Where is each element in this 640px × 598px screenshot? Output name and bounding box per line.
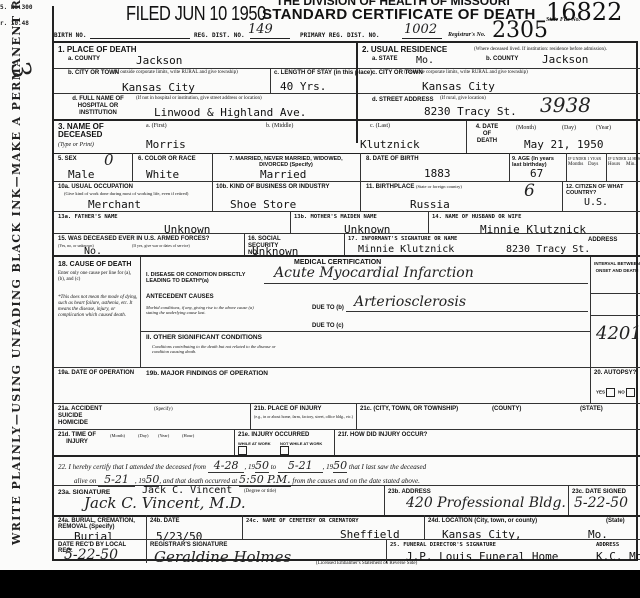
age-value: 67 <box>530 167 543 180</box>
left-margin: 5. No.300 r. 10.48 3 WRITE PLAINLY—USING… <box>0 0 46 570</box>
autopsy-no-option[interactable]: NO <box>618 388 635 397</box>
vertical-instruction-text: WRITE PLAINLY—USING UNFADING BLACK INK—M… <box>10 0 23 545</box>
under-24-hrs-label: IF UNDER 24 HRS. <box>608 156 640 161</box>
citizen-value: U.S. <box>584 197 608 208</box>
reg-dist-label: REG. DIST. NO. <box>194 32 245 39</box>
father-label: 13a. FATHER'S NAME <box>58 214 118 220</box>
dod-day-label: (Day) <box>562 125 576 131</box>
cert-text-3: , and that death occurred at <box>159 477 237 485</box>
mother-label: 13b. MOTHER'S MAIDEN NAME <box>294 214 377 220</box>
registrar-signature: Geraldine Holmes <box>154 548 291 566</box>
res-state-value: Mo. <box>416 55 434 66</box>
injury-at-work-checkbox[interactable] <box>238 446 247 455</box>
informant-label: 17. INFORMANT'S SIGNATURE OR NAME <box>348 236 457 242</box>
injury-year-label: (Year) <box>158 433 169 438</box>
operation-findings-label: 19b. MAJOR FINDINGS OF OPERATION <box>146 370 268 377</box>
year-prefix-2: , 19 <box>323 463 334 471</box>
disease-label: I. DISEASE OR CONDITION DIRECTLY LEADING… <box>146 272 266 284</box>
certification-line-1: 22. I hereby certify that I attended the… <box>58 459 426 472</box>
cemetery-label: 24c. NAME OF CEMETERY OR CREMATORY <box>246 518 359 524</box>
informant-address-value: 8230 Tracy St. <box>506 244 590 255</box>
marital-label: 7. MARRIED, NEVER MARRIED, WIDOWED, DIVO… <box>216 156 356 168</box>
injury-at-work-option[interactable]: WHILE AT WORK <box>238 441 278 455</box>
min-label: Min. <box>626 162 636 167</box>
marital-value: Married <box>260 168 306 181</box>
injury-month-label: (Month) <box>110 433 125 438</box>
burial-label: 24a. BURIAL, CREMATION, REMOVAL (Specify… <box>58 518 138 530</box>
cause-footnote: *This does not mean the mode of dying, s… <box>58 295 138 319</box>
physician-address-value: 420 Professional Bldg. <box>406 495 566 511</box>
days-label: Days <box>588 162 598 167</box>
funeral-director-label: 25. FUNERAL DIRECTOR'S SIGNATURE <box>390 542 496 548</box>
injury-occurred-label: 21e. INJURY OCCURRED <box>238 432 309 439</box>
injury-place-note: (e.g., in or about home, farm, factory, … <box>254 414 354 419</box>
injury-how-label: 21f. HOW DID INJURY OCCUR? <box>338 432 427 439</box>
occupation-note: (Give kind of work done during most of w… <box>64 191 214 196</box>
antecedent-label: ANTECEDENT CAUSES <box>146 294 214 301</box>
injury-county-label: (COUNTY) <box>492 406 521 413</box>
funeral-address-value: K.C. Mo. <box>596 550 640 563</box>
autopsy-no-checkbox[interactable] <box>626 388 635 397</box>
injury-not-work-checkbox[interactable] <box>280 446 289 455</box>
registrar-number: 2305 <box>492 18 548 43</box>
injury-place-label: 21b. PLACE OF INJURY <box>254 406 321 413</box>
informant-value: Minnie Klutznick <box>358 244 454 255</box>
pod-stay-value: 40 Yrs. <box>280 80 326 93</box>
birthplace-value: Russia <box>410 198 450 211</box>
last-name-label: c. (Last) <box>370 123 390 129</box>
injury-specify-label: (Specify) <box>154 407 173 412</box>
autopsy-yes-checkbox[interactable] <box>606 388 615 397</box>
alive-on-label: alive on <box>74 477 96 485</box>
hours-label: Hours <box>608 162 620 167</box>
res-city-note: (If outside corporate limits, write RURA… <box>404 70 528 75</box>
date-of-death-value: May 21, 1950 <box>524 138 603 151</box>
funeral-address-label: ADDRESS <box>596 542 619 548</box>
occupation-label: 10a. USUAL OCCUPATION <box>58 184 133 191</box>
date-signed-value: 5-22-50 <box>574 495 628 511</box>
registrar-label: Registrar's No. <box>448 32 485 38</box>
pod-city-note: (If outside corporate limits, write RURA… <box>114 70 238 75</box>
embalmer-note: (Licensed Embalmer's Statement on Revers… <box>316 561 417 566</box>
middle-name-label: b. (Middle) <box>266 123 293 129</box>
autopsy-label: 20. AUTOPSY? <box>594 370 636 377</box>
cemetery-state-label: (State) <box>606 518 625 525</box>
cert-to-label: to <box>271 463 276 471</box>
res-city-value: Kansas City <box>422 80 495 93</box>
informant-address-label: ADDRESS <box>588 237 617 244</box>
cause-note: Enter only one cause per line for (a), (… <box>58 271 138 283</box>
injury-day-label: (Day) <box>138 433 149 438</box>
burial-date-label: 24b. DATE <box>150 518 180 525</box>
dob-value: 1883 <box>424 167 451 180</box>
dod-month-label: (Month) <box>516 125 536 131</box>
filed-stamp: FILED JUN 10 1950 <box>126 3 266 26</box>
injury-time-label: 21d. TIME OF INJURY <box>58 432 96 446</box>
cert-text-2: that I last saw the deceased <box>349 463 426 471</box>
res-handwritten-code: 3938 <box>540 93 591 117</box>
birthplace-note: (State or foreign country) <box>416 184 462 189</box>
certificate-grid: 1. PLACE OF DEATH a. COUNTY Jackson b. C… <box>52 41 638 561</box>
primary-reg-value: 1002 <box>404 22 437 37</box>
registration-row: BIRTH NO. REG. DIST. NO. 149 PRIMARY REG… <box>52 26 638 40</box>
sex-value: Male <box>68 168 95 181</box>
due-to-b-label: DUE TO (b) <box>312 305 344 312</box>
reg-dist-value: 149 <box>248 22 273 37</box>
res-street-label: d. STREET ADDRESS <box>372 97 433 104</box>
res-county-label: b. COUNTY <box>486 56 518 63</box>
other-conditions-note: Conditions contributing to the death but… <box>152 344 292 354</box>
certificate-frame: THE DIVISION OF HEALTH OF MISSOURI FILED… <box>46 0 638 570</box>
cause-of-death-label: 18. CAUSE OF DEATH <box>58 261 131 268</box>
attended-to-value: 5-21 <box>278 459 323 473</box>
pod-county-label: a. COUNTY <box>68 56 100 63</box>
first-name-label: a. (First) <box>146 123 167 129</box>
pod-city-label: b. CITY OR TOWN <box>68 70 119 77</box>
cert-text-4: from the causes and on the date stated a… <box>292 477 419 485</box>
injury-city-label: 21c. (CITY, TOWN, OR TOWNSHIP) <box>360 406 458 413</box>
residence-label: 2. USUAL RESIDENCE <box>362 46 447 53</box>
res-street-note: (If rural, give location) <box>440 96 486 101</box>
under-1-year-label: IF UNDER 1 YEAR <box>568 156 601 161</box>
pod-hospital-value: Linwood & Highland Ave. <box>154 106 306 119</box>
business-value: Shoe Store <box>230 198 296 211</box>
first-name-value: Morris <box>146 138 186 151</box>
injury-type-label: 21a. ACCIDENT SUICIDE HOMICIDE <box>58 406 108 427</box>
attended-from-year: 50 <box>255 459 269 473</box>
race-value: White <box>146 168 179 181</box>
year-prefix-3: , 19 <box>135 477 146 485</box>
autopsy-yes-option[interactable]: YES <box>596 388 615 397</box>
primary-reg-label: PRIMARY REG. DIST. NO. <box>300 32 379 39</box>
months-label: Months <box>568 162 583 167</box>
race-label: 6. COLOR OR RACE <box>138 156 196 163</box>
cemetery-location-label: 24d. LOCATION (City, town, or county) <box>428 518 537 525</box>
injury-not-work-option[interactable]: NOT WHILE AT WORK <box>280 441 326 455</box>
pod-hospital-label: d. FULL NAME OF HOSPITAL OR INSTITUTION <box>68 96 128 117</box>
attended-from-value: 4-28 <box>208 459 245 473</box>
year-prefix-1: , 19 <box>244 463 255 471</box>
citizen-label: 12. CITIZEN OF WHAT COUNTRY? <box>566 184 638 196</box>
disease-value: Acute Myocardial Infarction <box>274 265 474 281</box>
place-of-death-label: 1. PLACE OF DEATH <box>58 46 137 53</box>
deceased-type-note: (Type or Print) <box>58 142 94 148</box>
date-received-value: 5-22-50 <box>64 547 118 563</box>
cert-text-1: 22. I hereby certify that I attended the… <box>58 463 206 471</box>
state-file-label: State File No. <box>546 17 580 23</box>
birthplace-label: 11. BIRTHPLACE <box>366 184 414 191</box>
interval-label: INTERVAL BETWEEN ONSET AND DEATH <box>594 260 640 274</box>
res-county-value: Jackson <box>542 53 588 66</box>
pod-hospital-note: (If not in hospital or institution, give… <box>136 96 262 101</box>
sex-label: 5. SEX <box>58 156 77 163</box>
deceased-name-label: 3. NAME OF DECEASED <box>58 123 118 139</box>
autopsy-yes-label: YES <box>596 390 605 395</box>
dod-year-label: (Year) <box>596 125 611 131</box>
last-name-value: Klutznick <box>360 138 420 151</box>
funeral-director-value: J.P. Louis Funeral Home <box>406 550 558 563</box>
sex-handwritten-code: 0 <box>104 151 114 169</box>
spouse-label: 14. NAME OF HUSBAND OR WIFE <box>432 214 521 220</box>
date-of-death-label: 4. DATE OF DEATH <box>472 124 502 145</box>
attended-to-year: 50 <box>333 459 347 473</box>
operation-date-label: 19a. DATE OF OPERATION <box>58 370 138 377</box>
res-street-value: 8230 Tracy St. <box>424 105 517 118</box>
injury-state-label: (STATE) <box>580 406 603 413</box>
dob-label: 8. DATE OF BIRTH <box>366 156 419 163</box>
interval-handwritten: 4201 <box>596 323 640 344</box>
business-label: 10b. KIND OF BUSINESS OR INDUSTRY <box>216 184 356 190</box>
due-to-b-value: Arteriosclerosis <box>354 294 466 310</box>
autopsy-no-label: NO <box>618 390 625 395</box>
injury-hour-label: (Hour) <box>182 433 194 438</box>
residence-note: (Where deceased lived. If institution: r… <box>474 47 634 52</box>
other-conditions-label: II. OTHER SIGNIFICANT CONDITIONS <box>146 334 262 341</box>
res-state-label: a. STATE <box>372 56 397 63</box>
physician-signature: Jack C. Vincent, M.D. <box>84 494 246 512</box>
due-to-c-label: DUE TO (c) <box>312 323 344 330</box>
armed-forces-note-2: (If yes, give war or dates of service) <box>132 243 190 248</box>
pod-stay-label: c. LENGTH OF STAY (in this place) <box>274 70 372 77</box>
scan-bottom-border <box>0 570 640 598</box>
death-certificate-page: 5. No.300 r. 10.48 3 WRITE PLAINLY—USING… <box>0 0 640 570</box>
armed-forces-label: 15. WAS DECEASED EVER IN U.S. ARMED FORC… <box>58 236 209 243</box>
occupation-value: Merchant <box>88 198 141 211</box>
antecedent-note: Morbid conditions, if any, giving rise t… <box>146 305 256 315</box>
pod-county-value: Jackson <box>136 54 182 67</box>
birth-no-label: BIRTH NO. <box>54 32 87 39</box>
father-value: Unknown <box>164 223 210 236</box>
mother-value: Unknown <box>344 223 390 236</box>
birthplace-handwritten-code: 6 <box>524 181 535 201</box>
spouse-value: Minnie Klutznick <box>480 223 586 236</box>
degree-label: (Degree or title) <box>244 489 276 494</box>
